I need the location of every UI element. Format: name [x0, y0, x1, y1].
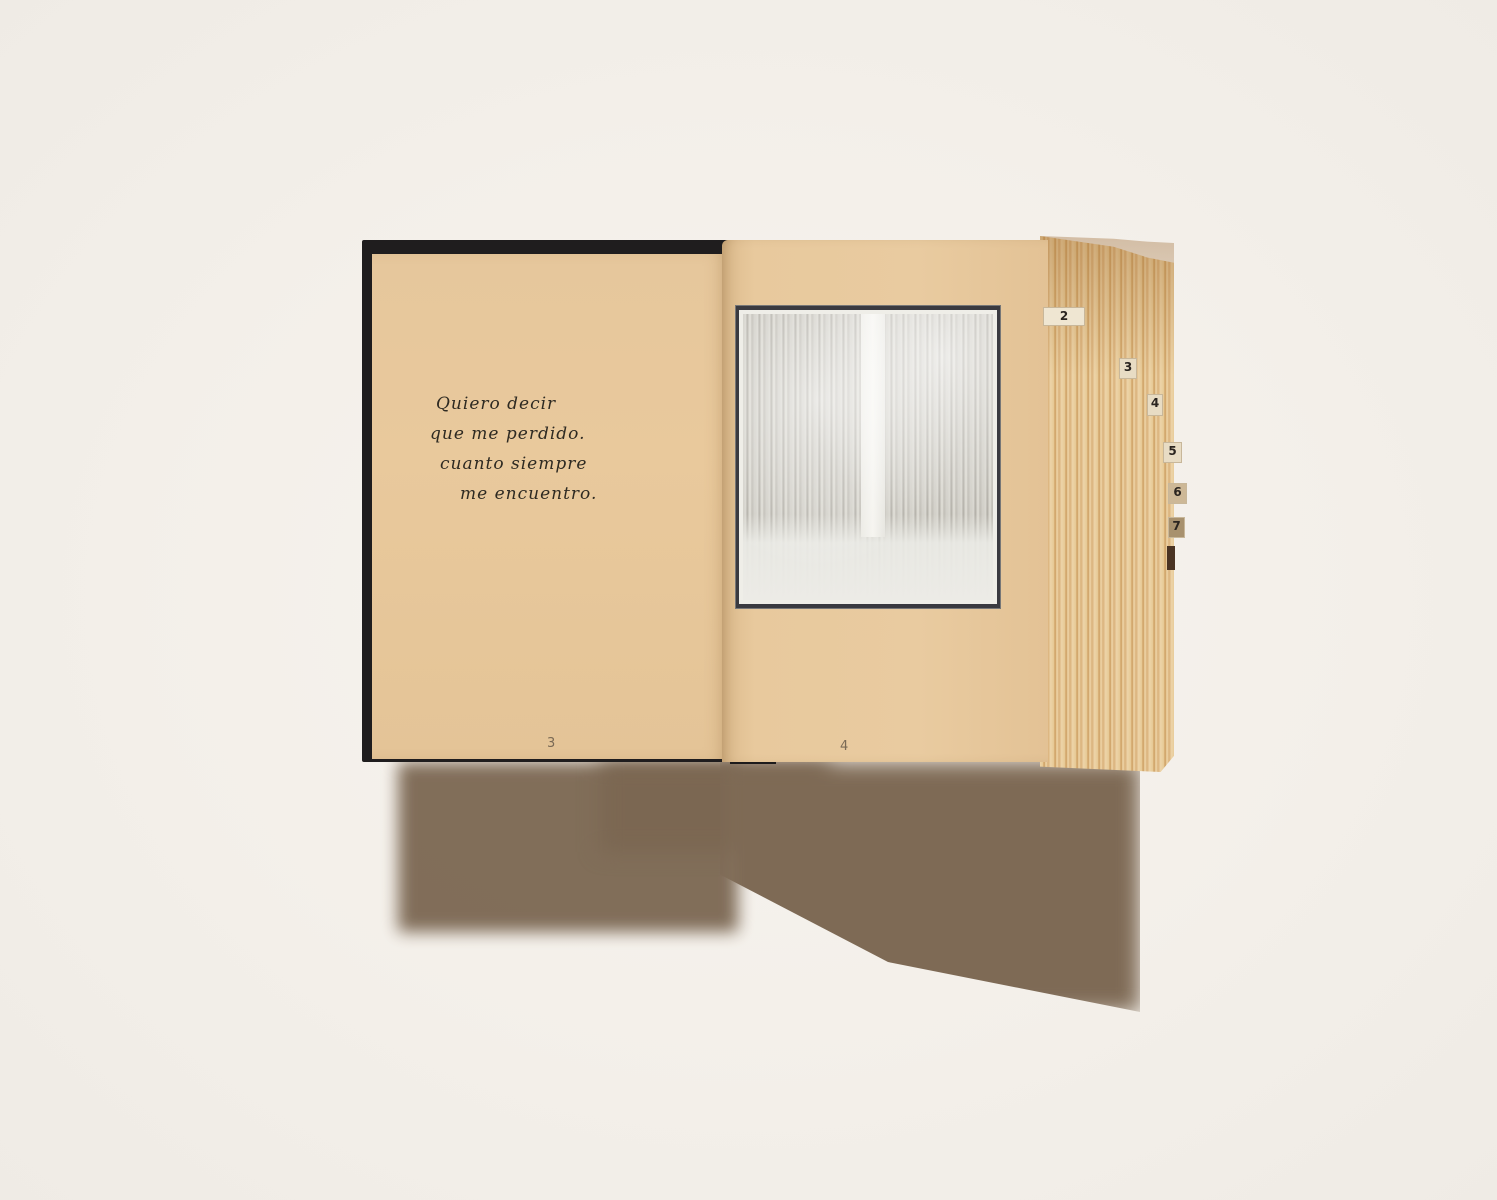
forest-photograph [736, 306, 1000, 608]
page-tab-7[interactable]: 7 [1168, 517, 1185, 538]
page-tab-6[interactable]: 6 [1168, 483, 1187, 504]
page-number-left: 3 [547, 736, 555, 751]
right-page: 4 [722, 240, 1048, 762]
page-tab-4[interactable]: 4 [1147, 394, 1163, 416]
page-tab-2[interactable]: 2 [1043, 307, 1085, 326]
photo-haze [743, 314, 993, 600]
book-shadow-right [720, 762, 1140, 1012]
page-tab-3[interactable]: 3 [1119, 358, 1137, 379]
handwritten-note: Quiero decir que me perdido. cuanto siem… [430, 389, 630, 509]
page-block-stain [1040, 236, 1174, 376]
handwriting-line: cuanto siempre [430, 449, 630, 479]
handwriting-line: me encuentro. [430, 479, 630, 509]
handwriting-line: que me perdido. [430, 419, 630, 449]
book-scene: Quiero decir que me perdido. cuanto siem… [0, 0, 1497, 1200]
page-tab-5[interactable]: 5 [1163, 442, 1182, 463]
left-page: Quiero decir que me perdido. cuanto siem… [372, 254, 728, 759]
page-tab-partial[interactable] [1167, 546, 1175, 570]
handwriting-line: Quiero decir [430, 389, 630, 419]
photo-icon [743, 314, 993, 600]
page-number-right: 4 [840, 739, 848, 754]
